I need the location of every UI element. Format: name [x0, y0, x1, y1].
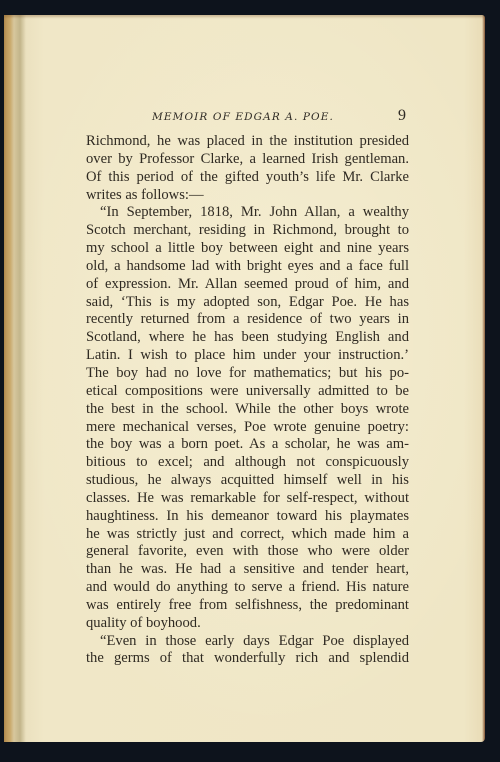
text-line: recently returned from a residence of tw…: [86, 311, 409, 329]
text-line: he was strictly just and correct, which …: [86, 526, 409, 544]
text-line: haughtiness. In his demeanor toward his …: [86, 508, 409, 526]
text-line: the boy was a born poet. As a scholar, h…: [86, 436, 409, 454]
text-line: The boy had no love for mathematics; but…: [86, 365, 409, 383]
text-line: my school a little boy between eight and…: [86, 240, 409, 258]
text-line: the germs of that wonderfully rich and s…: [86, 650, 409, 668]
text-line: studious, he always acquitted himself we…: [86, 472, 409, 490]
text-line: Of this period of the gifted youth’s lif…: [86, 169, 409, 187]
text-line: mere mechanical verses, Poe wrote genuin…: [86, 419, 409, 437]
text-line: of expression. Mr. Allan seemed proud of…: [86, 276, 409, 294]
running-head: MEMOIR OF EDGAR A. POE.: [152, 111, 334, 123]
text-line: Latin. I wish to place him under your in…: [86, 347, 409, 365]
page-number: 9: [398, 107, 406, 125]
text-line: classes. He was remarkable for self-resp…: [86, 490, 409, 508]
text-line: “In September, 1818, Mr. John Allan, a w…: [86, 204, 409, 222]
text-line: quality of boyhood.: [86, 615, 409, 633]
text-line: Scotch merchant, residing in Richmond, b…: [86, 222, 409, 240]
text-line: writes as follows:—: [86, 187, 409, 205]
text-line: old, a handsome lad with bright eyes and…: [86, 258, 409, 276]
text-line: “Even in those early days Edgar Poe disp…: [86, 633, 409, 651]
text-line: than he was. He had a sensitive and tend…: [86, 561, 409, 579]
text-line: Scotland, where he has been studying Eng…: [86, 329, 409, 347]
text-line: and would do anything to serve a friend.…: [86, 579, 409, 597]
text-line: Richmond, he was placed in the instituti…: [86, 133, 409, 151]
text-line: etical compositions were universally adm…: [86, 383, 409, 401]
text-line: bitious to excel; and although not consp…: [86, 454, 409, 472]
text-line: over by Professor Clarke, a learned Iris…: [86, 151, 409, 169]
text-line: general favorite, even with those who we…: [86, 543, 409, 561]
text-line: said, ‘This is my adopted son, Edgar Poe…: [86, 294, 409, 312]
text-line: was entirely free from selfishness, the …: [86, 597, 409, 615]
book-page: MEMOIR OF EDGAR A. POE. 9 Richmond, he w…: [4, 15, 485, 742]
body-text: Richmond, he was placed in the instituti…: [86, 133, 409, 668]
text-line: the best in the school. While the other …: [86, 401, 409, 419]
